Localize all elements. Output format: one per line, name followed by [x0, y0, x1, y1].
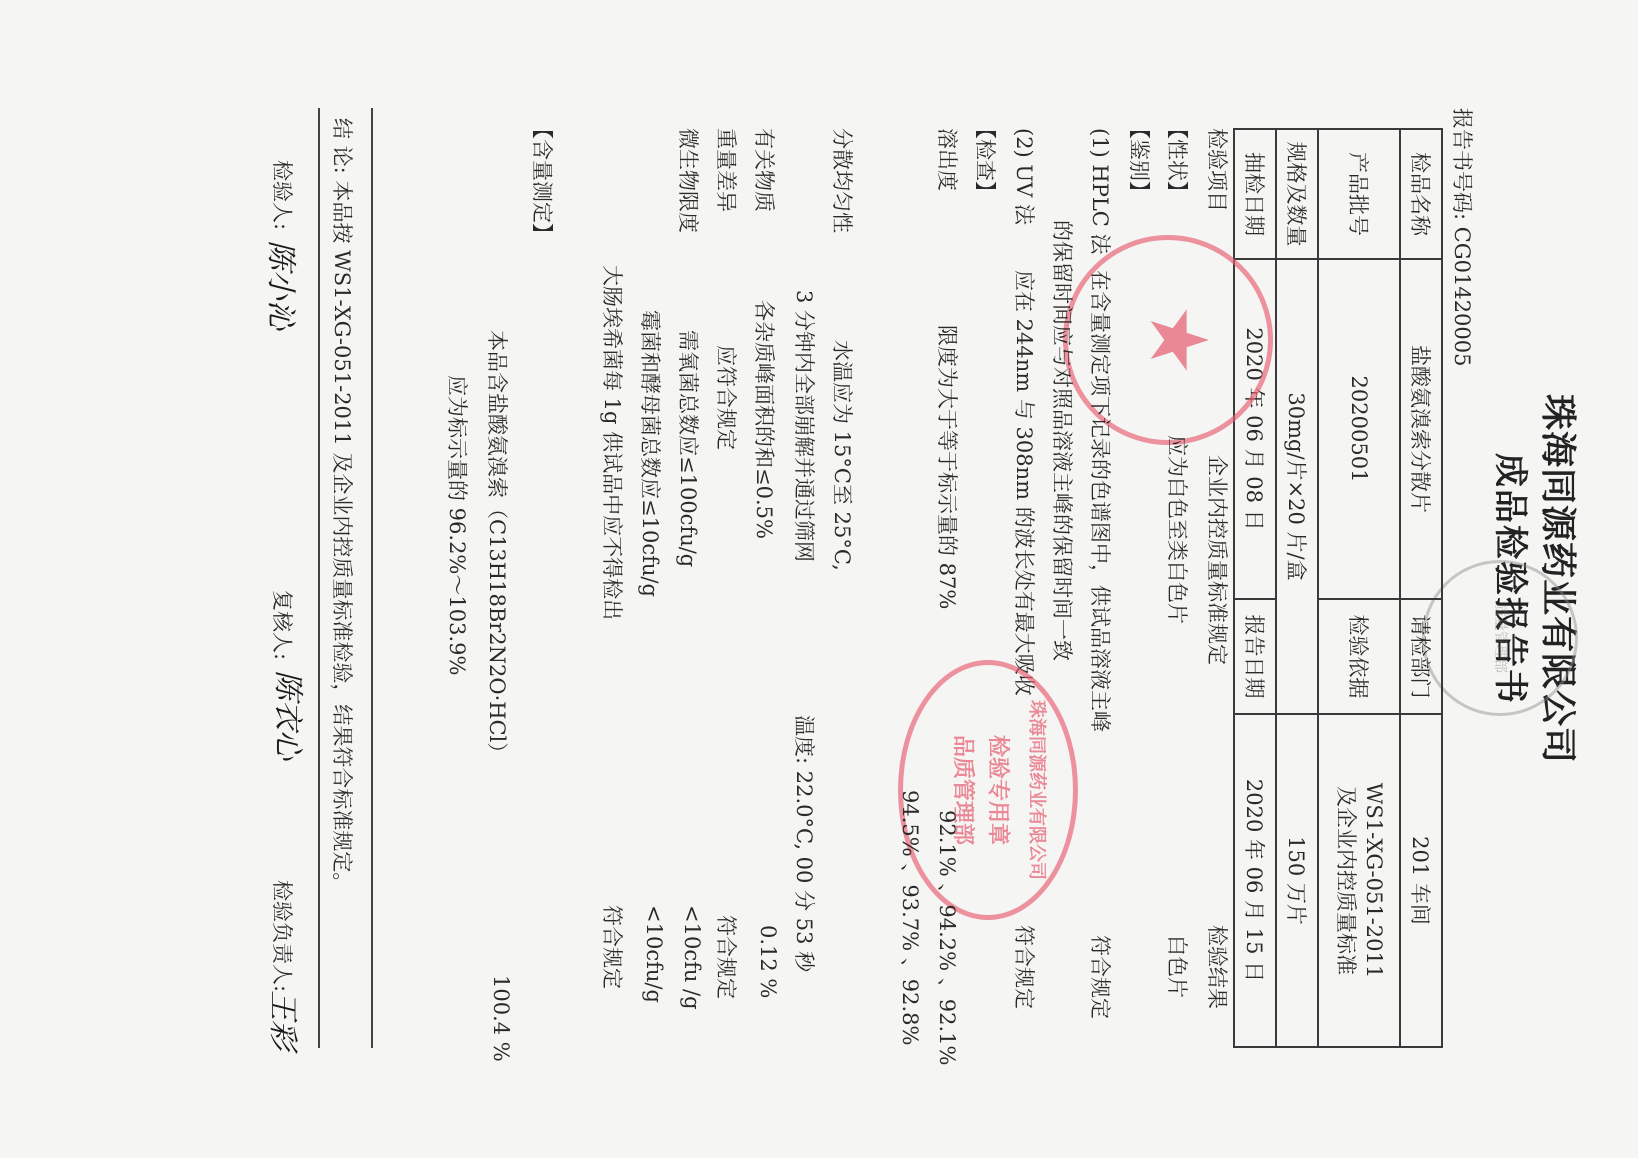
hplc-result: 符合规定	[1086, 935, 1116, 1019]
micro-result3: 符合规定	[598, 905, 628, 989]
micro-line3: 大肠埃希菌每 1g 供试品中应不得检出	[598, 265, 628, 620]
dept-label: 请检部门	[1400, 599, 1442, 714]
dept: 201 车间	[1400, 714, 1442, 1047]
product-name-label: 检品名称	[1400, 129, 1442, 259]
related-label: 有关物质	[750, 128, 780, 212]
col-standard: 企业内控质量标准规定	[1203, 455, 1233, 665]
assay-line2: 应为标示量的 96.2%～103.9%	[443, 375, 473, 675]
micro-line2: 霉菌和酵母菌总数应≤10cfu/g	[636, 310, 666, 597]
report-page: 珠海同源药业有限公司 成品检验报告书 质量管理部 报告书号码: CG014200…	[0, 0, 1638, 1158]
info-table: 检品名称 盐酸氨溴索分散片 请检部门 201 车间 产品批号 20200501 …	[1233, 128, 1443, 1048]
weight-label: 重量差异	[712, 128, 742, 212]
report-number: 报告书号码: CG01420005	[1448, 108, 1478, 367]
uv-line1: 应在 244nm 与 308nm 的波长处有最大吸收	[1010, 270, 1040, 696]
batch-label: 产品批号	[1318, 129, 1400, 259]
appearance-result: 白色片	[1163, 935, 1193, 998]
report-date: 2020 年 06 月 15 日	[1234, 714, 1276, 1047]
col-item: 检验项目	[1203, 128, 1233, 212]
weight-standard: 应符合规定	[712, 345, 742, 450]
dispersion-label: 分散均匀性	[828, 128, 858, 233]
batch: 20200501	[1318, 259, 1400, 599]
dispersion-result: 温度: 22.0°C, 00 分 53 秒	[790, 715, 820, 972]
uv-result: 符合规定	[1010, 925, 1040, 1009]
dissolution-standard: 限度为大于等于标示量的 87%	[933, 325, 963, 609]
spec: 30mg/片×20 片/盒	[1276, 259, 1318, 714]
tests-heading: 【检查】	[971, 118, 1001, 202]
dissolution-label: 溶出度	[933, 128, 963, 191]
conclusion: 结 论: 本品按 WS1-XG-051-2011 及企业内控质量标准检验，结果符…	[328, 118, 358, 893]
identification-heading: 【鉴别】	[1125, 118, 1155, 202]
spec-label: 规格及数量	[1276, 129, 1318, 259]
report-date-label: 报告日期	[1234, 599, 1276, 714]
sample-date-label: 抽检日期	[1234, 129, 1276, 259]
inspector-label: 检验人:	[268, 160, 298, 230]
assay-line1: 本品含盐酸氨溴索（C13H18Br2N2O·HCl）	[483, 330, 513, 763]
assay-result: 100.4 %	[489, 975, 513, 1062]
reviewer-label: 复核人:	[268, 590, 298, 660]
micro-label: 微生物限度	[674, 128, 704, 233]
assay-heading: 【含量测定】	[528, 118, 558, 244]
uv-label: (2) UV 法	[1010, 128, 1040, 225]
dissolution-result-2: 94.5% 、93.7% 、92.8%	[896, 790, 926, 1046]
col-result: 检验结果	[1203, 925, 1233, 1009]
inspector-signature: 陈小沁	[262, 240, 306, 330]
product-name: 盐酸氨溴索分散片	[1400, 259, 1442, 599]
star-icon: ★	[1138, 240, 1218, 440]
hplc-line2: 的保留时间应与对照品溶液主峰的保留时间一致	[1048, 220, 1078, 661]
dispersion-line1: 水温应为 15°C至 25°C,	[828, 340, 858, 571]
appearance-standard: 应为白色至类白色片	[1163, 435, 1193, 624]
grey-stamp: 质量管理部	[1422, 560, 1578, 716]
divider-top	[371, 108, 373, 1048]
supervisor-label: 检验负责人:	[268, 880, 298, 992]
related-result: 0.12 %	[756, 925, 780, 998]
hplc-line1: 在含量测定项下记录的色谱图中，供试品溶液主峰	[1086, 270, 1116, 732]
quantity: 150 万片	[1276, 714, 1318, 1047]
micro-result1: <10cfu /g	[680, 905, 704, 1010]
appearance-heading: 【性状】	[1163, 118, 1193, 202]
related-standard: 各杂质峰面积的和≤0.5%	[750, 300, 780, 539]
reviewer-signature: 陈衣心	[269, 670, 313, 760]
basis-label: 检验依据	[1318, 599, 1400, 714]
micro-line1: 需氧菌总数应≤100cfu/g	[674, 330, 704, 567]
hplc-label: (1) HPLC 法	[1086, 128, 1116, 255]
basis: WS1-XG-051-2011 及企业内控质量标准	[1318, 714, 1400, 1047]
micro-result2: <10cfu/g	[642, 905, 666, 1003]
dissolution-result-1: 92.1% 、94.2% 、92.1%	[933, 810, 963, 1066]
supervisor-signature: 王彩	[264, 990, 308, 1050]
divider-bottom	[318, 108, 320, 1048]
dispersion-line2: 3 分钟内全部崩解并通过筛网	[790, 290, 820, 562]
weight-result: 符合规定	[712, 915, 742, 999]
